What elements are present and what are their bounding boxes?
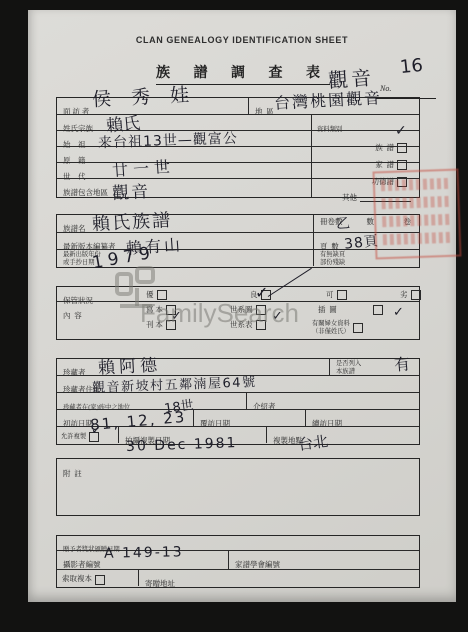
condition-option-lie: 劣	[400, 290, 421, 300]
society-no-label: 家譜學會編號	[235, 560, 280, 569]
hw-book-name: 賴氏族譜	[91, 206, 172, 236]
notes-box: 附 註	[56, 458, 420, 516]
content-row: 內 容 寫 本 刊 本 世系圖 世系表 插 圖 有關婦女資料	[57, 302, 419, 338]
checkbox-you	[157, 290, 167, 300]
category-other-label: 其他	[342, 194, 357, 202]
category-item-jiapu: 家 譜	[312, 160, 419, 170]
checkbox-lineage-chart	[256, 305, 266, 315]
checkbox-women-data	[353, 323, 363, 333]
hw-volumes: 乙	[335, 213, 350, 234]
option-label: 可	[326, 291, 334, 299]
option-label: 劣	[400, 291, 408, 299]
content-col-lineage: 世系圖 世系表	[230, 305, 266, 335]
printed-label: 刊 本	[146, 321, 163, 329]
category-item-zupu: 族 譜	[312, 143, 419, 153]
missing-label-2: 部份殘缺	[320, 259, 419, 267]
checkbox-request-copy	[95, 575, 105, 585]
english-header: CLAN GENEALOGY IDENTIFICATION SHEET	[28, 35, 456, 45]
condition-option-ke: 可	[326, 290, 347, 300]
women-data-label-2: （非僅姓氏）	[312, 328, 350, 336]
content-label: 內 容	[63, 311, 82, 320]
manuscript-label: 寫 本	[146, 306, 163, 314]
hw-coverage: 觀音	[111, 177, 150, 204]
lineage-table-label: 世系表	[230, 321, 253, 329]
category-item-label: 功德譜	[372, 178, 395, 186]
content-col-extras: 插 圖 有關婦女資料 （非僅姓氏）	[312, 305, 383, 341]
checkbox-zupu	[397, 143, 407, 153]
condition-row: 保管狀況 優 良 可 劣	[57, 287, 419, 302]
notes-label: 附 註	[63, 469, 82, 478]
checkmark-lineage-table: ✓	[272, 309, 283, 324]
photographer-no-label: 攝影者編號	[63, 560, 101, 569]
checkmark-liang: ✓	[255, 283, 268, 302]
checkmark-copy-permit: ✓	[91, 423, 102, 438]
category-item-label: 族 譜	[375, 144, 394, 152]
hw-copy-date: 30 Dec 1981	[126, 435, 238, 455]
hw-serial-number: 16	[399, 55, 424, 78]
category-header: 資料類別	[312, 126, 342, 133]
checkbox-illustrations	[373, 305, 383, 315]
missing-label-1: 有無缺頁	[320, 251, 419, 259]
category-item-gongdepu: 功德譜	[312, 177, 419, 187]
condition-option-you: 優	[146, 290, 167, 300]
checkmark-printed: ✓	[171, 309, 182, 324]
checkbox-lie	[411, 290, 421, 300]
mail-address-label: 寄贈地址	[145, 579, 175, 588]
checkmark-zupu: ✓	[395, 123, 407, 139]
table-row: 索取複本 寄贈地址	[57, 570, 419, 586]
checkbox-ke	[337, 290, 347, 300]
lineage-chart-label: 世系圖	[230, 306, 253, 314]
form-title: 族 譜 調 查 表	[156, 62, 330, 82]
category-item-label: 家 譜	[375, 161, 394, 169]
option-label: 優	[146, 291, 154, 299]
other-blank-line	[360, 194, 411, 202]
request-copy-label: 索取複本	[62, 575, 92, 583]
hw-pages: 38頁	[343, 230, 380, 254]
illustrations-label: 插 圖	[318, 306, 337, 314]
table-row: 珍藏者在(家)族中之地位 介紹者	[57, 393, 419, 410]
checkbox-jiapu	[397, 160, 407, 170]
coverage-label: 族譜包含地區	[63, 188, 108, 197]
volumes-unit1: 數	[367, 218, 375, 226]
hw-included: 有	[393, 351, 411, 375]
hw-photographer-no: A 149-13	[104, 544, 184, 561]
women-data-label-1: 有關婦女資料	[312, 320, 350, 328]
category-other: 其他	[312, 194, 419, 202]
checkmark-women-data: ✓	[393, 305, 404, 320]
book-name-label: 族譜名	[63, 224, 86, 233]
checkbox-gongdepu	[397, 177, 407, 187]
checkbox-lineage-table	[256, 320, 266, 330]
volumes-unit2: 卷	[404, 218, 412, 226]
scanned-photo-frame: CLAN GENEALOGY IDENTIFICATION SHEET 族 譜 …	[0, 0, 468, 632]
copy-permit-label: 允許複製	[61, 433, 86, 441]
hw-copy-place: 台北	[297, 430, 330, 455]
document-sheet: CLAN GENEALOGY IDENTIFICATION SHEET 族 譜 …	[28, 10, 456, 602]
condition-table: 保管狀況 優 良 可 劣 內 容	[56, 286, 420, 340]
